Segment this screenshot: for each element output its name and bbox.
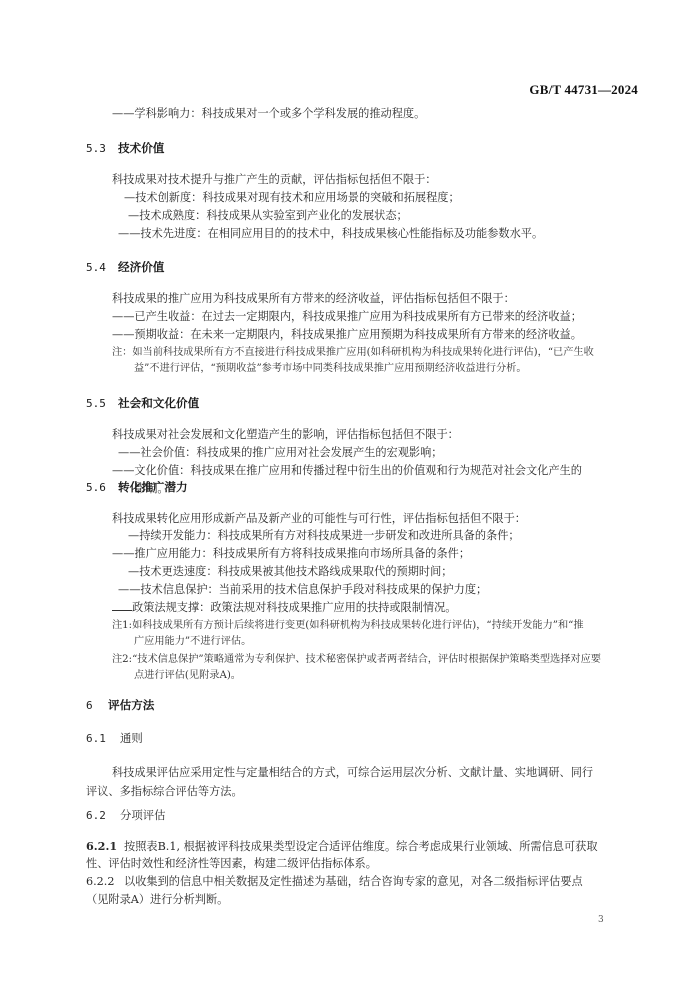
list-item: —技术成熟度：科技成果从实验室到产业化的发展状态； [128,208,408,224]
page-number: 3 [598,915,604,925]
section-title: 经济价值 [118,260,164,274]
clause-number: 6.2.1 [86,838,124,854]
list-item: ——文化价值：科技成果在推广应用和传播过程中衍生出的价值观和行为规范对社会文化产… [112,463,582,479]
section-title: 转化推广潜力 [118,480,188,494]
section-number: 6.1 [86,731,120,747]
clause-number: 6.2.2 [86,874,124,890]
clause-6-2-1: 6.2.1按照表B.1, 根据被评科技成果类型设定合适评估维度。综合考虑成果行业… [86,838,598,855]
paragraph-continuation: 评议、多指标综合评估等方法。 [86,784,243,800]
section-heading-5-5: 5.5社会和文化价值 [86,395,199,412]
section-heading-6-2: 6.2分项评估 [86,807,166,824]
chapter-heading-6: 6评估方法 [86,697,154,714]
section-number: 5.6 [86,480,118,496]
section-heading-6-1: 6.1通则 [86,730,143,747]
note-1-continuation: 广应用能力”不进行评估。 [134,634,251,650]
list-item: —技术创新度：科技成果对现有技术和应用场景的突破和拓展程度； [124,190,460,206]
paragraph: 科技成果对社会发展和文化塑造产生的影响，评估指标包括但不限于： [112,427,459,443]
section-heading-5-4: 5.4经济价值 [86,259,164,276]
list-item: ——学科影响力：科技成果对一个或多个学科发展的推动程度。 [112,106,425,122]
paragraph: 科技成果评估应采用定性与定量相结合的方式，可综合运用层次分析、文献计量、实地调研… [112,765,593,781]
section-title: 分项评估 [120,808,166,822]
section-number: 6.2 [86,808,120,824]
paragraph: 科技成果的推广应用为科技成果所有方带来的经济收益，评估指标包括但不限于： [112,291,515,307]
clause-continuation: 性、评估时效性和经济性等因素，构建二级评估指标体系。 [86,856,377,872]
clause-continuation: （见附录A）进行分析判断。 [86,892,228,908]
section-heading-5-6: 5.6转化推广潜力 [86,479,188,496]
note-continuation: 益”不进行评估，“预期收益”参考市场中同类科技成果推广应用预期经济收益进行分析。 [134,361,527,377]
list-item-text: 政策法规支撑：政策法规对科技成果推广应用的扶持或限制情况。 [132,601,456,614]
section-number: 5.3 [86,141,118,157]
chapter-title: 评估方法 [108,698,154,712]
note-2: 注2:“技术信息保护”策略通常为专利保护、技术秘密保护或者两者结合，评估时根据保… [112,652,601,668]
list-item: —持续开发能力：科技成果所有方对科技成果进一步研发和改进所具备的条件； [128,528,520,544]
chapter-number: 6 [86,698,108,714]
clause-text: 按照表B.1, 根据被评科技成果类型设定合适评估维度。综合考虑成果行业领域、所需… [124,840,598,853]
paragraph: 科技成果对技术提升与推广产生的贡献，评估指标包括但不限于： [112,172,436,188]
section-number: 5.4 [86,260,118,276]
list-item: ——已产生收益：在过去一定期限内，科技成果推广应用为科技成果所有方已带来的经济收… [112,309,582,325]
note-2-continuation: 点进行评估(见附录A)。 [134,668,241,684]
list-item: ——技术先进度：在相同应用目的的技术中，科技成果核心性能指标及功能参数水平。 [118,226,543,242]
note: 注：如当前科技成果所有方不直接进行科技成果推广应用(如科研机构为科技成果转化进行… [112,345,594,361]
section-title: 通则 [120,731,143,745]
list-item: ——推广应用能力：科技成果所有方将科技成果推向市场所具备的条件； [112,546,470,562]
section-title: 技术价值 [118,141,164,155]
clause-text: 以收集到的信息中相关数据及定性描述为基础，结合咨询专家的意见，对各二级指标评估要… [124,875,583,888]
blank-underline [112,600,132,611]
note-1: 注1:如科技成果所有方预计后续将进行变更(如科研机构为科技成果转化进行评估)，“… [112,618,584,634]
section-title: 社会和文化价值 [118,396,199,410]
clause-6-2-2: 6.2.2以收集到的信息中相关数据及定性描述为基础，结合咨询专家的意见，对各二级… [86,874,583,890]
list-item: 政策法规支撑：政策法规对科技成果推广应用的扶持或限制情况。 [112,600,456,616]
list-item: ——预期收益：在未来一定期限内，科技成果推广应用预期为科技成果所有方带来的经济收… [112,327,582,343]
paragraph: 科技成果转化应用形成新产品及新产业的可能性与可行性，评估指标包括但不限于： [112,511,526,527]
list-item: ——社会价值：科技成果的推广应用对社会发展产生的宏观影响； [118,445,442,461]
list-item: —技术更迭速度：科技成果被其他技术路线成果取代的预期时间； [128,564,452,580]
section-heading-5-3: 5.3技术价值 [86,140,164,157]
standard-number-header: GB/T 44731—2024 [529,82,638,98]
section-number: 5.5 [86,396,118,412]
list-item: ——技术信息保护：当前采用的技术信息保护手段对科技成果的保护力度； [118,582,487,598]
